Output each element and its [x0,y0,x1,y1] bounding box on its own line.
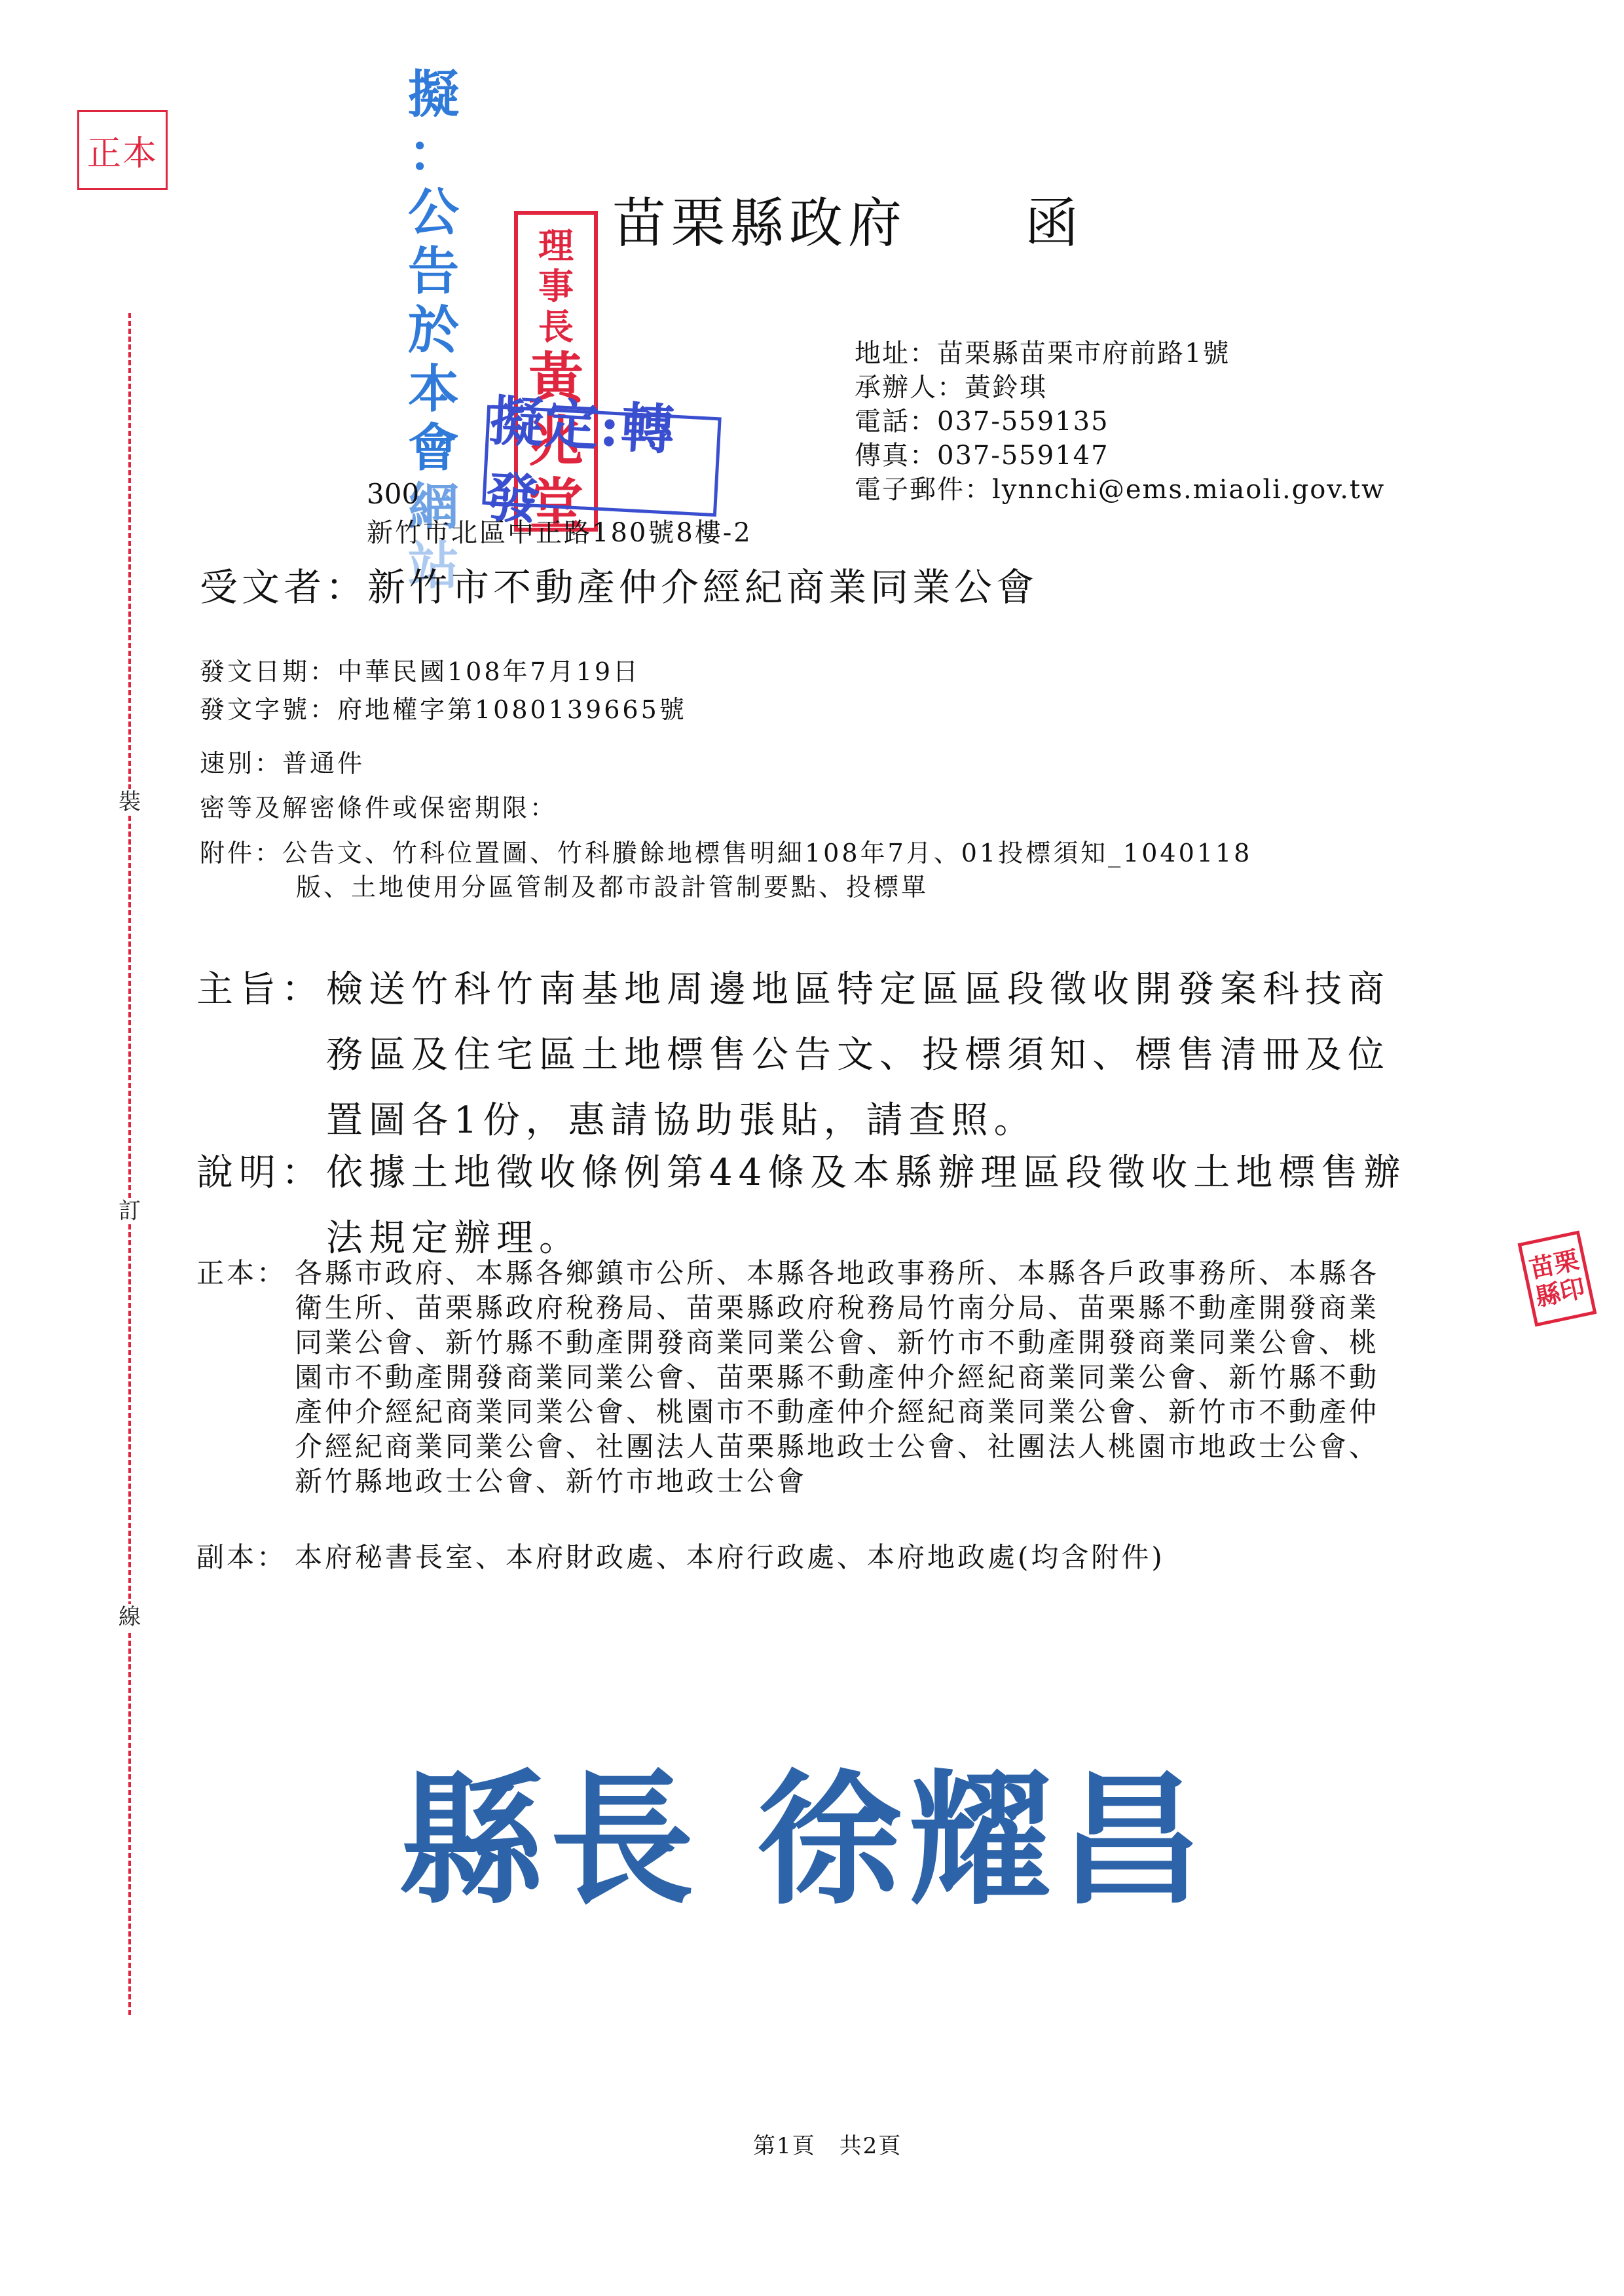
contact-email: 電子郵件：lynnchi@ems.miaoli.gov.tw [855,473,1385,507]
copy-recipients-label: 副本： [196,1540,287,1575]
stamp-char: 會 [401,419,466,478]
contact-block: 地址：苗栗縣苗栗市府前路1號 承辦人：黃鈴琪 電話：037-559135 傳真：… [855,337,1385,507]
classification: 密等及解密條件或保密期限： [200,788,557,824]
contact-address: 地址：苗栗縣苗栗市府前路1號 [855,337,1385,371]
binding-dashed-line [128,313,131,2015]
attachments-line-2: 版、土地使用分區管制及都市設計管制要點、投標單 [296,867,929,903]
contact-phone: 電話：037-559135 [855,405,1385,439]
stamp-char: 本 [401,360,466,419]
agency-name: 苗栗縣政府 [612,192,907,255]
document-number: 發文字號：府地權字第1080139665號 [200,689,687,725]
seal-char: 印 [1557,1273,1587,1307]
stamp-char: ： [401,124,466,183]
stamp-char: 於 [401,301,466,360]
attachments-line-1: 附件：公告文、竹科位置圖、竹科賸餘地標售明細108年7月、01投標須知_1040… [200,833,1252,869]
page-indicator: 第1頁 共2頁 [753,2128,902,2160]
delivery-speed: 速別：普通件 [200,743,365,779]
stamp-char: 公 [401,183,466,242]
copy-recipients-list: 本府秘書長室、本府財政處、本府行政處、本府地政處(均含附件) [295,1540,1401,1575]
binding-label-bind: 裝 [117,789,143,815]
document-type: 函 [1025,192,1084,255]
issue-date: 發文日期：中華民國108年7月19日 [200,651,640,687]
original-recipients-list: 各縣市政府、本縣各鄉鎮市公所、本縣各地政事務所、本縣各戶政事務所、本縣各衛生所、… [295,1256,1401,1499]
recipient-street: 新竹市北區中正路180號8樓-2 [367,512,752,549]
decision-stamp: 擬定:轉發 [482,405,721,517]
county-seal: 苗 栗 縣 印 [1518,1230,1597,1326]
seal-char: 事 [538,266,574,306]
original-copy-stamp: 正本 [77,110,168,190]
subject-text: 檢送竹科竹南基地周邊地區特定區區段徵收開發案科技商務區及住宅區土地標售公告文、投… [326,957,1426,1154]
original-recipients-label: 正本： [196,1256,287,1290]
seal-char: 長 [538,306,574,347]
recipient-zip: 300 [367,478,419,510]
receiver-line: 受文者：新竹市不動產仲介經紀商業同業公會 [200,556,1038,611]
magistrate-signature: 縣長 徐耀昌 [399,1755,1209,1925]
contact-fax: 傳真：037-559147 [855,439,1385,473]
explanation-text: 依據土地徵收條例第44條及本縣辦理區段徵收土地標售辦法規定辦理。 [326,1140,1426,1271]
stamp-char: 告 [401,242,466,301]
binding-label-staple: 訂 [117,1198,143,1224]
contact-handler: 承辦人：黃鈴琪 [855,371,1385,405]
subject-label: 主旨： [196,957,324,1023]
seal-char: 理 [538,225,574,266]
document-title: 苗栗縣政府 函 [612,181,1084,257]
binding-label-line: 線 [117,1604,143,1630]
original-copy-label: 正本 [87,126,158,175]
stamp-char: 擬 [401,65,466,124]
explanation-label: 說明： [196,1140,324,1206]
